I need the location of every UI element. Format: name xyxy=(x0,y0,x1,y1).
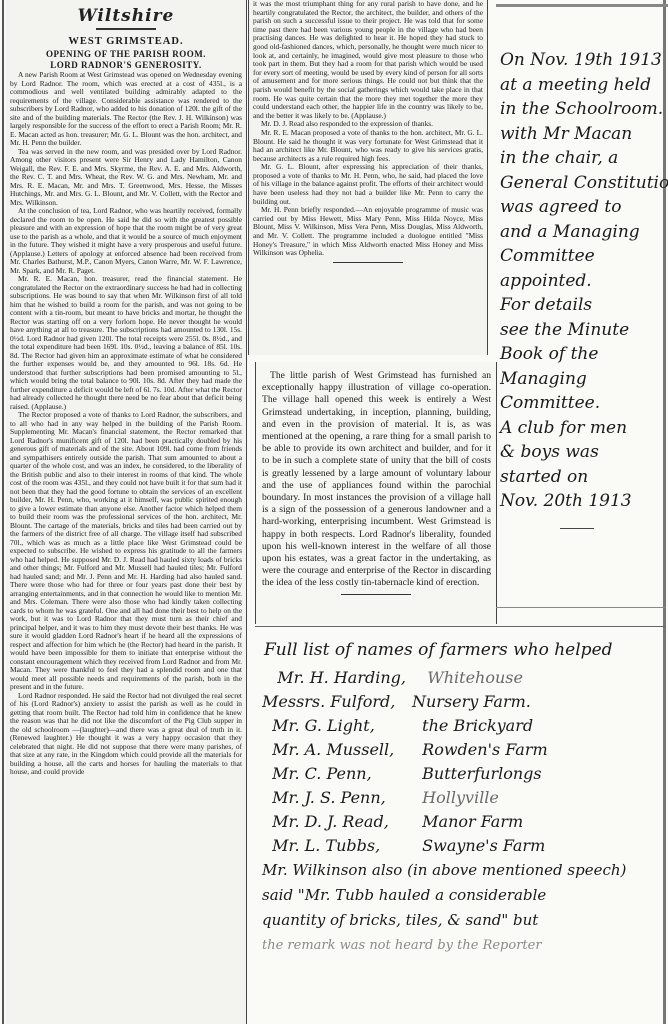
divider xyxy=(255,626,665,627)
article-paragraph: The Rector proposed a vote of thanks to … xyxy=(10,411,242,692)
farm-name: Butterfurlongs xyxy=(422,764,541,783)
farm-name: Swayne's Farm xyxy=(422,836,545,855)
note-line: see the Minute xyxy=(500,318,662,343)
article-paragraph: Mr. H. Penn briefly responded.—An enjoya… xyxy=(253,206,483,258)
section-rule xyxy=(333,262,403,263)
article-paragraph: Mr. R. E. Macan proposed a vote of thank… xyxy=(253,129,483,163)
note-line: appointed. xyxy=(500,269,662,294)
farmer-name: Mr. G. Light, xyxy=(272,714,422,738)
masthead-rule xyxy=(96,28,156,30)
article-paragraph: Mr. R. E. Macan, hon. treasurer, read th… xyxy=(10,275,242,411)
farmer-name: Messrs. Fulford, xyxy=(262,690,412,714)
article-subheadline: OPENING OF THE PARISH ROOM. xyxy=(6,49,246,59)
remark-line: the remark was not heard by the Reporter xyxy=(262,933,662,958)
newspaper-masthead: Wiltshire xyxy=(6,6,246,26)
farm-name: Hollyville xyxy=(422,788,499,807)
farmer-entry: Messrs. Fulford,Nursery Farm. xyxy=(262,690,662,714)
section-rule xyxy=(341,594,411,595)
farmer-entry: Mr. D. J. Read,Manor Farm xyxy=(262,810,662,834)
article-paragraph: Lord Radnor responded. He said the Recto… xyxy=(10,692,242,777)
handwritten-note: On Nov. 19th 1913 at a meeting held in t… xyxy=(500,48,662,529)
farm-name: Whitehouse xyxy=(427,668,523,687)
farmers-list: Full list of names of farmers who helped… xyxy=(262,640,662,958)
farmer-entry: Mr. A. Mussell,Rowden's Farm xyxy=(262,738,662,762)
farmers-list-title: Full list of names of farmers who helped xyxy=(264,640,662,660)
editorial-paragraph: The little parish of West Grimstead has … xyxy=(262,370,491,590)
newspaper-column-left: Wiltshire WEST GRIMSTEAD. OPENING OF THE… xyxy=(6,0,247,1024)
note-line: and a Managing xyxy=(500,220,662,245)
note-line: at a meeting held xyxy=(500,73,662,98)
note-line: A club for men xyxy=(500,416,662,441)
note-line: Committee. xyxy=(500,391,662,416)
farmer-name: Mr. C. Penn, xyxy=(272,762,422,786)
article-paragraph: At the conclusion of tea, Lord Radnor, w… xyxy=(10,207,242,275)
farmer-entry: Mr. J. S. Penn,Hollyville xyxy=(262,786,662,810)
remark-line: quantity of bricks, tiles, & sand" but xyxy=(262,908,662,933)
farmer-name: Mr. J. S. Penn, xyxy=(272,786,422,810)
remark-line: Mr. Wilkinson also (in above mentioned s… xyxy=(262,858,662,883)
farm-name: Rowden's Farm xyxy=(422,740,547,759)
farmer-name: Mr. H. Harding, xyxy=(277,666,427,690)
article-paragraph: it was the most triumphant thing for any… xyxy=(253,0,483,120)
article-headline: WEST GRIMSTEAD. xyxy=(6,36,246,47)
farm-name: Manor Farm xyxy=(422,812,523,831)
note-line: Committee xyxy=(500,244,662,269)
note-line: On Nov. 19th 1913 xyxy=(500,48,662,73)
note-line: Book of the xyxy=(500,342,662,367)
farmer-entry: Mr. H. Harding,Whitehouse xyxy=(262,666,662,690)
farmer-name: Mr. L. Tubbs, xyxy=(272,834,422,858)
newspaper-column-middle: it was the most triumphant thing for any… xyxy=(248,0,488,355)
note-line: Nov. 20th 1913 xyxy=(500,489,662,514)
article-paragraph: Mr. G. L. Blount, after expressing his a… xyxy=(253,163,483,206)
top-rule xyxy=(496,4,668,7)
note-line: with Mr Macan xyxy=(500,122,662,147)
article-paragraph: A new Parish Room at West Grimstead was … xyxy=(10,71,242,148)
page-border-left xyxy=(2,0,4,1024)
farmer-entry: Mr. L. Tubbs,Swayne's Farm xyxy=(262,834,662,858)
note-line: General Constitution xyxy=(500,171,662,196)
remark-line: said "Mr. Tubb hauled a considerable xyxy=(262,883,662,908)
note-line: For details xyxy=(500,293,662,318)
editorial-clipping: The little parish of West Grimstead has … xyxy=(255,362,497,624)
divider xyxy=(496,607,666,608)
farm-name: Nursery Farm. xyxy=(412,692,531,711)
note-end-dash xyxy=(560,528,594,529)
note-line: in the Schoolroom. xyxy=(500,97,662,122)
page-border-right xyxy=(663,0,666,1024)
farm-name: the Brickyard xyxy=(422,716,533,735)
farmer-entry: Mr. C. Penn,Butterfurlongs xyxy=(262,762,662,786)
farmer-name: Mr. A. Mussell, xyxy=(272,738,422,762)
farmer-name: Mr. D. J. Read, xyxy=(272,810,422,834)
farmer-entry: Mr. G. Light,the Brickyard xyxy=(262,714,662,738)
article-paragraph: Tea was served in the new room, and was … xyxy=(10,148,242,208)
note-line: & boys was xyxy=(500,440,662,465)
article-subheadline: LORD RADNOR'S GENEROSITY. xyxy=(6,60,246,70)
note-line: was agreed to xyxy=(500,195,662,220)
note-line: Managing xyxy=(500,367,662,392)
note-line: started on xyxy=(500,465,662,490)
note-line: in the chair, a xyxy=(500,146,662,171)
